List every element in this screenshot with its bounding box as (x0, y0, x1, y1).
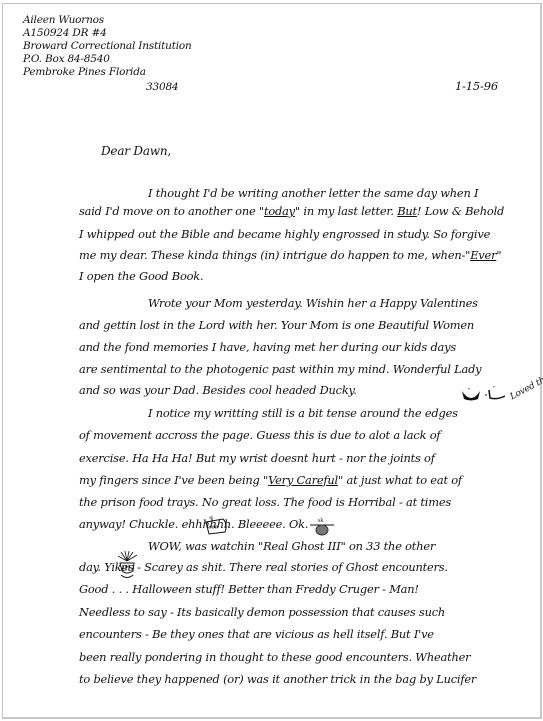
svg-text:": " (468, 388, 471, 394)
underlined-word: Very Careful (268, 473, 338, 487)
letter-line: WOW, was watchin "Real Ghost III" on 33 … (148, 538, 435, 554)
sender-institution: Broward Correctional Institution (23, 40, 192, 53)
letter-line: anyway! Chuckle. ehhhhhh. Bleeeee. Ok. (79, 516, 308, 532)
duck-face-sketch-2: '' (485, 384, 509, 402)
letter-line: I thought I'd be writing another letter … (148, 185, 478, 201)
letter-line: Good . . . Halloween stuff! Better than … (79, 581, 419, 597)
letter-line: I open the Good Book. (79, 268, 203, 284)
letter-line: to believe they happened (or) was it ano… (79, 671, 476, 687)
svg-text:###: ### (209, 525, 218, 531)
letter-line: said I'd move on to another one "today" … (79, 203, 504, 219)
letter-line: of movement accross the page. Guess this… (79, 427, 440, 443)
letter-line: me my dear. These kinda things (in) intr… (79, 247, 501, 263)
letter-date: 1-15-96 (455, 79, 498, 93)
letter-line: and gettin lost in the Lord with her. Yo… (79, 317, 474, 333)
svg-text:sk: sk (209, 516, 214, 521)
sender-name: Aileen Wuornos (23, 14, 104, 27)
letter-line: Needless to say - Its basically demon po… (79, 604, 445, 620)
letter-line: my fingers since I've been being "Very C… (79, 472, 462, 488)
letter-line: and the fond memories I have, having met… (79, 339, 456, 355)
svg-text:'': '' (493, 386, 495, 392)
greeting: Dear Dawn, (101, 144, 171, 158)
svg-text:sk: sk (318, 518, 323, 524)
scared-face-sketch (115, 551, 139, 583)
letter-line: been really pondering in thought to thes… (79, 649, 470, 665)
letter-line: I notice my writting still is a bit tens… (148, 405, 458, 421)
letter-line: and so was your Dad. Besides cool headed… (79, 382, 357, 398)
sender-id: A150924 DR #4 (23, 27, 107, 40)
underlined-word: Ever (470, 248, 496, 262)
letter-line: the prison food trays. No great loss. Th… (79, 494, 451, 510)
letter-line: Wrote your Mom yesterday. Wishin her a H… (148, 295, 478, 311)
letter-line: exercise. Ha Ha Ha! But my wrist doesnt … (79, 450, 435, 466)
sender-city: Pembroke Pines Florida (23, 66, 146, 79)
duck-face-sketch: " (460, 387, 482, 403)
sender-zip: 33084 (146, 81, 178, 94)
letter-line: encounters - Be they ones that are vicio… (79, 626, 434, 642)
margin-note: Loved them all. (509, 363, 543, 402)
sick-face-sketch: sk (308, 516, 336, 536)
letter-line: I whipped out the Bible and became highl… (79, 226, 490, 242)
disgusted-face-sketch: ### sk (203, 514, 231, 536)
letter-page: Aileen Wuornos A150924 DR #4 Broward Cor… (2, 3, 542, 719)
underlined-word: today (264, 204, 295, 218)
letter-line: are sentimental to the photogenic past w… (79, 361, 481, 377)
underlined-word: But (397, 204, 417, 218)
sender-po-box: P.O. Box 84-8540 (23, 53, 110, 66)
